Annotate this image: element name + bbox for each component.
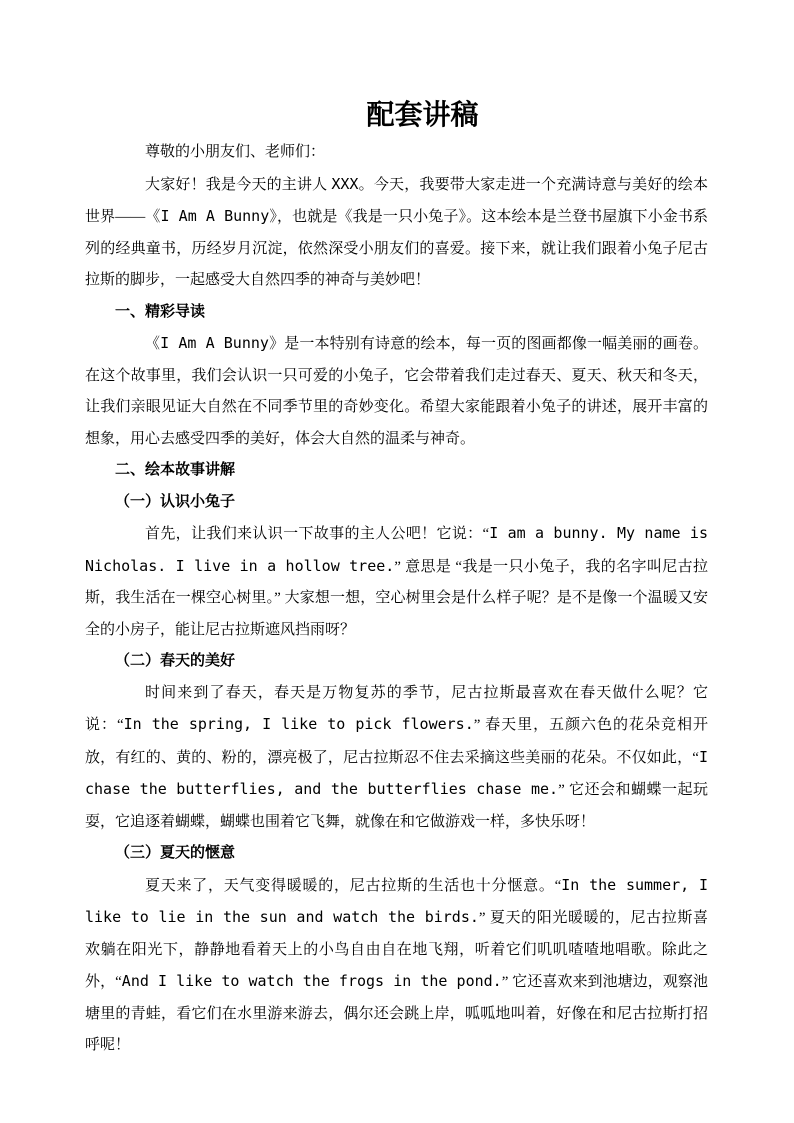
section-heading: 一、精彩导读 (85, 297, 708, 329)
text-run-en: In the spring, I like to pick flowers. (124, 715, 474, 733)
text-run-en: XXX (331, 175, 358, 193)
section-heading: （一）认识小兔子 (85, 487, 708, 519)
text-run-en: I Am A Bunny (161, 207, 270, 225)
text-run-cn: （二）春天的美好 (115, 653, 235, 669)
text-run-en: And I like to watch the frogs in the pon… (122, 972, 502, 990)
text-run-cn: 》是一本特别有诗意的绘本，每一页的图画都像一幅美丽的画卷。在这个故事里，我们会认… (85, 336, 708, 447)
paragraph: 尊敬的小朋友们、老师们： (85, 137, 708, 169)
document-body: 尊敬的小朋友们、老师们：大家好！我是今天的主讲人 XXX。今天，我要带大家走进一… (85, 137, 708, 1062)
paragraph: 首先，让我们来认识一下故事的主人公吧！它说：“I am a bunny. My … (85, 518, 708, 646)
text-run-cn: （三）夏天的惬意 (115, 845, 235, 861)
text-run-cn: 首先，让我们来认识一下故事的主人公吧！它说：“ (145, 526, 489, 542)
paragraph: 大家好！我是今天的主讲人 XXX。今天，我要带大家走进一个充满诗意与美好的绘本世… (85, 169, 708, 297)
text-run-en: I Am A Bunny (160, 334, 269, 352)
text-run-cn: 大家好！我是今天的主讲人 (145, 177, 331, 193)
document-page: 配套讲稿 尊敬的小朋友们、老师们：大家好！我是今天的主讲人 XXX。今天，我要带… (0, 0, 794, 1123)
text-run-cn: 一、精彩导读 (115, 304, 205, 320)
document-content: 配套讲稿 尊敬的小朋友们、老师们：大家好！我是今天的主讲人 XXX。今天，我要带… (85, 95, 708, 1062)
section-heading: （二）春天的美好 (85, 646, 708, 678)
text-run-cn: 二、绘本故事讲解 (115, 462, 235, 478)
paragraph: 夏天来了，天气变得暖暖的，尼古拉斯的生活也十分惬意。“In the summer… (85, 870, 708, 1062)
text-run-cn: 夏天来了，天气变得暖暖的，尼古拉斯的生活也十分惬意。“ (145, 878, 561, 894)
paragraph: 时间来到了春天，春天是万物复苏的季节，尼古拉斯最喜欢在春天做什么呢？它说：“In… (85, 678, 708, 839)
section-heading: （三）夏天的惬意 (85, 838, 708, 870)
text-run-cn: （一）认识小兔子 (115, 494, 235, 510)
section-heading: 二、绘本故事讲解 (85, 455, 708, 487)
text-run-cn: 《 (145, 336, 160, 352)
paragraph: 《I Am A Bunny》是一本特别有诗意的绘本，每一页的图画都像一幅美丽的画… (85, 328, 708, 455)
text-run-cn: 尊敬的小朋友们、老师们： (145, 144, 325, 160)
document-title: 配套讲稿 (85, 95, 708, 137)
